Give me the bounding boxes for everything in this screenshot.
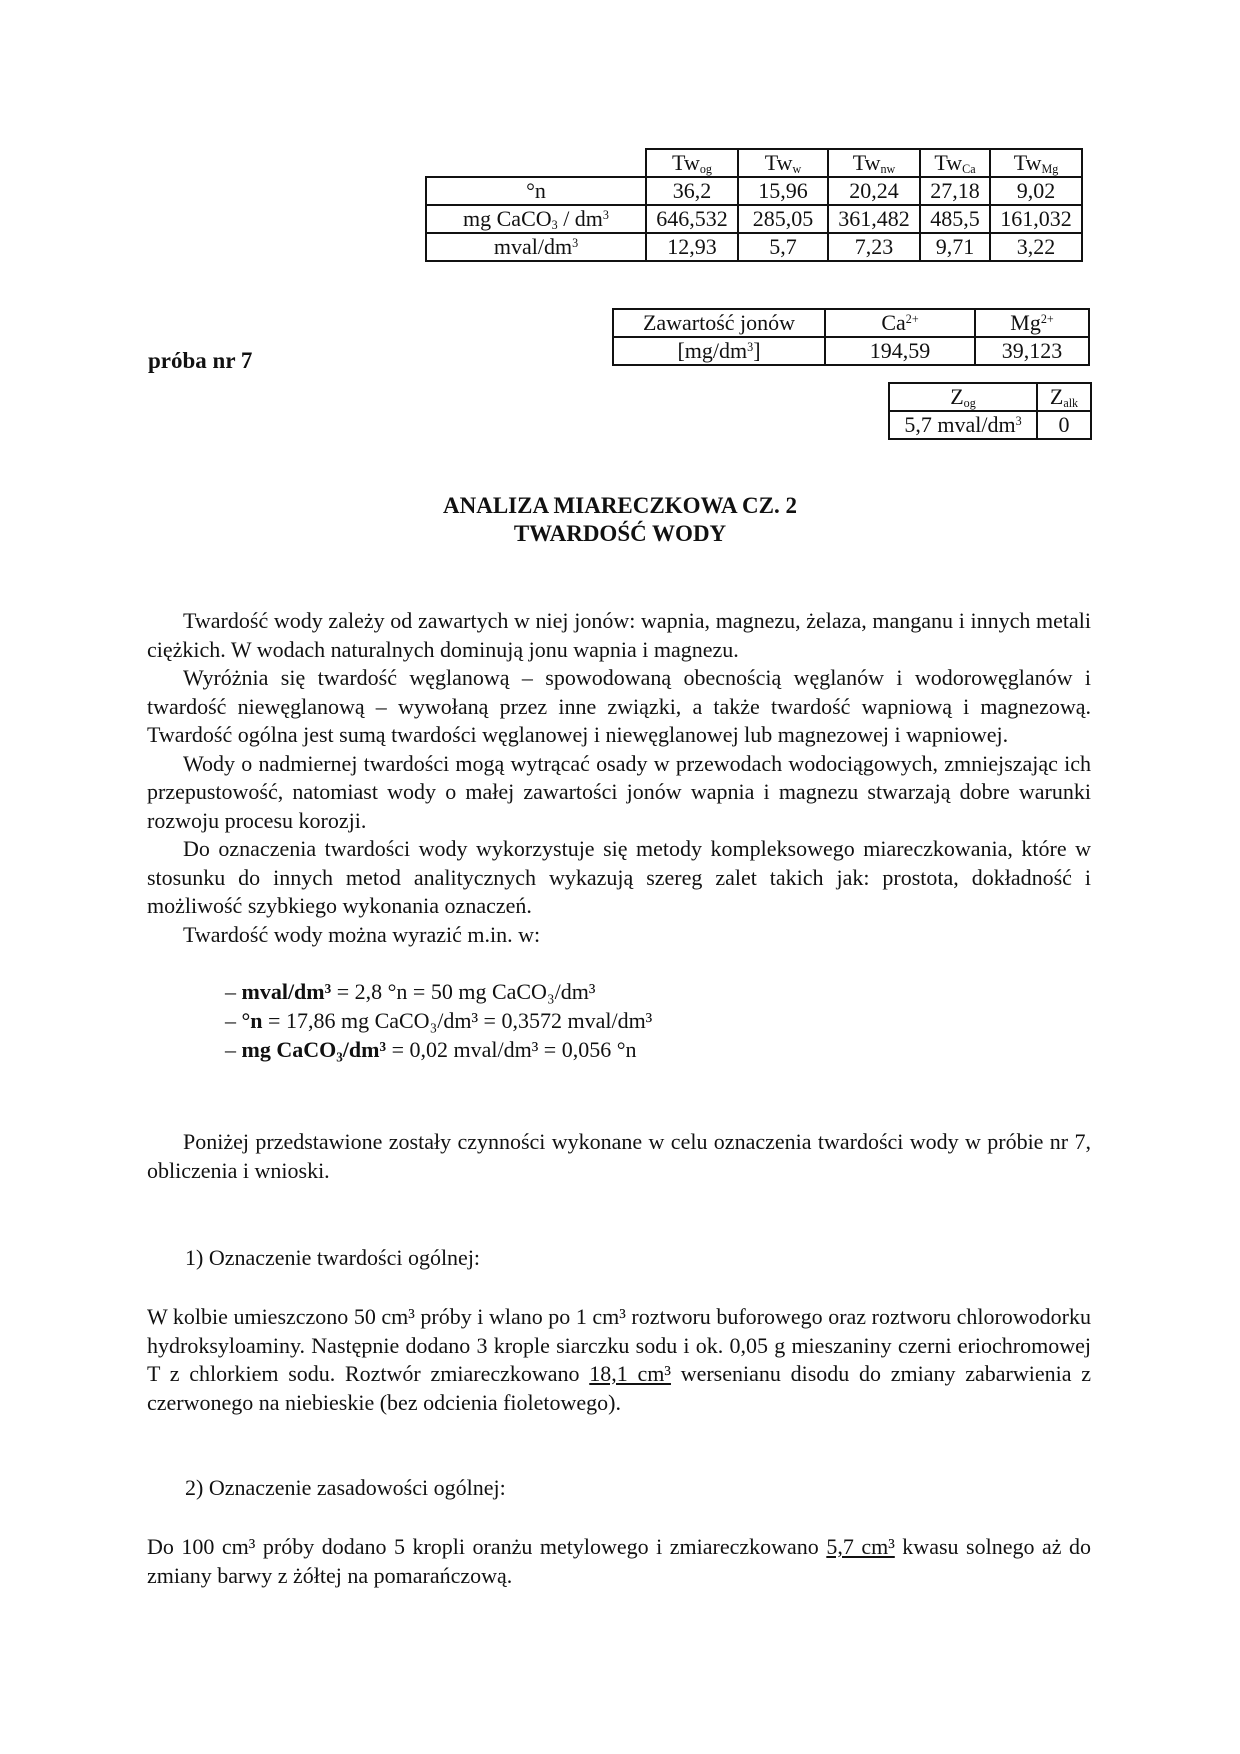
z-alk-value: 0: [1037, 411, 1091, 439]
ion-unit-label: [mg/dm3]: [613, 337, 825, 365]
col-header-mg: Mg2+: [975, 309, 1089, 337]
table-cell: 12,93: [646, 233, 738, 261]
paragraph: Do oznaczenia twardości wody wykorzystuj…: [147, 835, 1091, 921]
paragraph: Wody o nadmiernej twardości mogą wytrąca…: [147, 750, 1091, 836]
ion-content-table: Zawartość jonów Ca2+ Mg2+ [mg/dm3] 194,5…: [612, 308, 1090, 366]
col-header-z-og: Zog: [889, 383, 1037, 411]
paragraph: Poniżej przedstawione zostały czynności …: [147, 1128, 1091, 1185]
table-row: mval/dm3 12,93 5,7 7,23 9,71 3,22: [426, 233, 1082, 261]
step-1-heading: 1) Oznaczenie twardości ogólnej:: [185, 1245, 480, 1271]
table-row: °n 36,2 15,96 20,24 27,18 9,02: [426, 177, 1082, 205]
table-cell: 9,02: [990, 177, 1082, 205]
step-1-text: W kolbie umieszczono 50 cm³ próby i wlan…: [147, 1303, 1091, 1417]
col-header-tw-nw: Twnw: [828, 149, 920, 177]
hardness-table: Twog Tww Twnw TwCa TwMg °n 36,2 15,96 20…: [425, 148, 1083, 262]
col-header-ca: Ca2+: [825, 309, 975, 337]
list-item: – mg CaCO₃/dm³ = 0,02 mval/dm³ = 0,056 °…: [225, 1035, 652, 1064]
row-label-mg-caco3: mg CaCO3 / dm3: [426, 205, 646, 233]
col-header-tw-ca: TwCa: [920, 149, 990, 177]
acid-volume: 5,7 cm³: [826, 1534, 894, 1559]
paragraph: Twardość wody zależy od zawartych w niej…: [147, 607, 1091, 664]
unit-formula-list: – mval/dm³ = 2,8 °n = 50 mg CaCO₃/dm³ – …: [225, 977, 652, 1064]
table-row: mg CaCO3 / dm3 646,532 285,05 361,482 48…: [426, 205, 1082, 233]
intro-section: Twardość wody zależy od zawartych w niej…: [147, 607, 1091, 949]
table-cell: 161,032: [990, 205, 1082, 233]
ion-header-label: Zawartość jonów: [613, 309, 825, 337]
title-line-2: TWARDOŚĆ WODY: [0, 520, 1240, 548]
table-row: Zog Zalk: [889, 383, 1091, 411]
table-row: 5,7 mval/dm3 0: [889, 411, 1091, 439]
alkalinity-table: Zog Zalk 5,7 mval/dm3 0: [888, 382, 1092, 440]
list-item: – °n = 17,86 mg CaCO₃/dm³ = 0,3572 mval/…: [225, 1006, 652, 1035]
table-cell: 15,96: [738, 177, 828, 205]
table-cell: 27,18: [920, 177, 990, 205]
col-header-tw-w: Tww: [738, 149, 828, 177]
table-cell: 7,23: [828, 233, 920, 261]
table-cell: 20,24: [828, 177, 920, 205]
paragraph: Wyróżnia się twardość węglanową – spowod…: [147, 664, 1091, 750]
hardness-header-row: Twog Tww Twnw TwCa TwMg: [426, 149, 1082, 177]
titrant-volume: 18,1 cm³: [589, 1361, 671, 1386]
table-cell: 285,05: [738, 205, 828, 233]
row-label-degrees-n: °n: [426, 177, 646, 205]
paragraph: Twardość wody można wyrazić m.in. w:: [147, 921, 1091, 950]
step-2-heading: 2) Oznaczenie zasadowości ogólnej:: [185, 1475, 506, 1501]
step-2-text: Do 100 cm³ próby dodano 5 kropli oranżu …: [147, 1533, 1091, 1590]
document-title: ANALIZA MIARECZKOWA CZ. 2 TWARDOŚĆ WODY: [0, 492, 1240, 548]
row-label-mval: mval/dm3: [426, 233, 646, 261]
table-cell: 361,482: [828, 205, 920, 233]
table-row: [mg/dm3] 194,59 39,123: [613, 337, 1089, 365]
table-cell: 485,5: [920, 205, 990, 233]
table-row: Zawartość jonów Ca2+ Mg2+: [613, 309, 1089, 337]
ca-value: 194,59: [825, 337, 975, 365]
table-cell: 646,532: [646, 205, 738, 233]
z-og-value: 5,7 mval/dm3: [889, 411, 1037, 439]
mg-value: 39,123: [975, 337, 1089, 365]
table-cell: 9,71: [920, 233, 990, 261]
table-cell: 3,22: [990, 233, 1082, 261]
procedure-intro: Poniżej przedstawione zostały czynności …: [147, 1128, 1091, 1185]
sample-label: próba nr 7: [148, 348, 252, 374]
title-line-1: ANALIZA MIARECZKOWA CZ. 2: [0, 492, 1240, 520]
table-cell: 5,7: [738, 233, 828, 261]
list-item: – mval/dm³ = 2,8 °n = 50 mg CaCO₃/dm³: [225, 977, 652, 1006]
col-header-tw-mg: TwMg: [990, 149, 1082, 177]
col-header-tw-og: Twog: [646, 149, 738, 177]
table-cell: 36,2: [646, 177, 738, 205]
col-header-z-alk: Zalk: [1037, 383, 1091, 411]
